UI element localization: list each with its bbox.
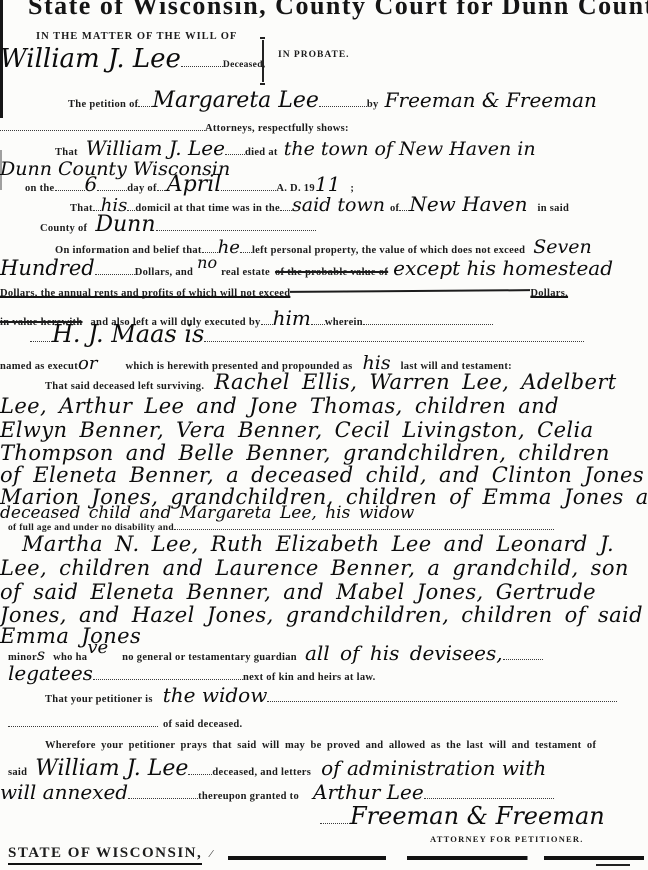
petitioner-is-label: That your petitioner is [45,694,153,705]
dotted-leader [157,187,167,191]
left-surviving-label: That said deceased left surviving. [45,381,204,392]
died-at-label: died at [245,147,278,158]
town-name-handwritten: New Haven [409,192,527,216]
next-of-kin-label: next of kin and heirs at law. [243,672,376,683]
attorney-signature-handwritten: Freeman & Freeman [350,802,605,830]
thereupon-granted-label: thereupon granted to [198,791,299,802]
scanned-probate-petition: State of Wisconsin, County Court for Dun… [0,0,648,870]
footer-mark: ∕ [210,849,212,860]
real-estate-label: real estate [221,267,270,278]
on-the-label: on the [25,183,55,194]
attorney-name-handwritten: Freeman & Freeman [385,88,597,112]
letters-type-handwritten: of administration with [321,756,546,780]
struck-rents-label: Dollars, the annual rents and profits of… [0,288,290,299]
respectfully-shows-label: Attorneys, respectfully shows: [205,123,349,134]
deceased-label: Deceased, [223,60,266,70]
dotted-leader [280,207,292,211]
court-title: State of Wisconsin, County Court for Dun… [28,0,648,21]
attorney-for-petitioner-label: ATTORNEY FOR PETITIONER. [430,834,584,844]
surviving-names-handwritten: Thompson and Belle Benner, grandchildren… [0,441,610,465]
property-pronoun-handwritten: he [218,237,240,258]
dotted-leader [225,151,245,155]
property-value-label: left personal property, the value of whi… [252,245,525,256]
amount-word-handwritten: Seven [533,236,591,258]
dotted-leader [128,795,198,799]
surviving-names-handwritten: Elwyn Benner, Vera Benner, Cecil Livings… [0,418,594,442]
dotted-leader [138,103,152,107]
decedent-name-handwritten: William J. Lee [35,756,188,781]
that-label: That [55,147,78,158]
ve-insert-handwritten: ve [87,637,108,658]
struck-probable-value-label: of the probable value of [275,267,388,278]
no-insert-handwritten: no [197,253,217,272]
dotted-leader [8,723,158,727]
dotted-leader [93,207,101,211]
deceased-letters-label: deceased, and letters [212,767,311,778]
county-of-label: County of [40,223,87,234]
legatees-handwritten: legatees [8,661,93,685]
homestead-note-handwritten: except his homestead [393,256,613,280]
dotted-leader [0,127,205,131]
strike-line [290,289,530,293]
dotted-leader [319,103,367,107]
dotted-leader [156,227,316,231]
letters-type-handwritten: will annexed [0,780,128,804]
dotted-leader [240,249,252,253]
grantee-name-handwritten: Arthur Lee [313,780,424,804]
dollars-and-label: Dollars, and [135,267,193,278]
wherefore-prayer-label: Wherefore your petitioner prays that sai… [45,740,596,751]
dotted-leader [181,63,223,67]
dotted-leader [221,187,276,191]
decedent-name-handwritten: William J. Lee [0,44,181,74]
death-place-handwritten: the town of New Haven in [284,138,536,160]
dotted-leader [93,676,243,680]
struck-dollars-label: Dollars, [530,288,568,299]
surviving-names-handwritten: of Eleneta Benner, a deceased child, and… [0,463,648,487]
dotted-leader [97,187,127,191]
surviving-names-handwritten: Lee, Arthur Lee and Jone Thomas, childre… [0,394,559,418]
petitioner-name-handwritten: Margareta Lee [152,88,319,113]
dotted-leader [30,338,52,342]
dotted-leader [399,207,409,211]
footer-rule [596,864,630,866]
dotted-leader [320,820,350,824]
petition-of-label: The petition of [68,99,138,110]
dotted-leader [204,338,584,342]
dotted-leader [503,656,543,660]
petitioner-relation-handwritten: the widow [163,683,268,707]
in-probate-label: IN PROBATE. [278,50,350,60]
in-said-label: in said [538,203,570,214]
decedent-name-handwritten: William J. Lee [86,136,225,160]
dotted-leader [424,795,554,799]
dotted-leader [55,187,85,191]
minor-heirs-handwritten: Martha N. Lee, Ruth Elizabeth Lee and Le… [22,532,614,556]
minor-heirs-handwritten: of said Eleneta Benner, and Mabel Jones,… [0,580,596,604]
dotted-leader [95,271,135,275]
amount-word-handwritten: Hundred [0,256,95,280]
said-label: said [8,767,27,778]
state-of-wisconsin-label: STATE OF WISCONSIN, [8,845,202,865]
executor-name-handwritten: H. J. Maas is [52,320,204,348]
dotted-leader [174,526,554,530]
dotted-leader [267,698,617,702]
county-name-handwritten: Dunn [95,212,155,237]
of-label: of [390,203,399,214]
dotted-leader [188,771,212,775]
minor-heirs-handwritten: Lee, children and Laurence Benner, a gra… [0,556,629,580]
matter-of-will-label: IN THE MATTER OF THE WILL OF [36,31,237,42]
footer-rule [228,856,644,860]
by-label: by [367,99,379,110]
surviving-names-handwritten: Rachel Ellis, Warren Lee, Adelbert [214,370,616,394]
information-belief-label: On information and belief that [55,245,202,256]
of-said-deceased-label: of said deceased. [163,719,242,730]
